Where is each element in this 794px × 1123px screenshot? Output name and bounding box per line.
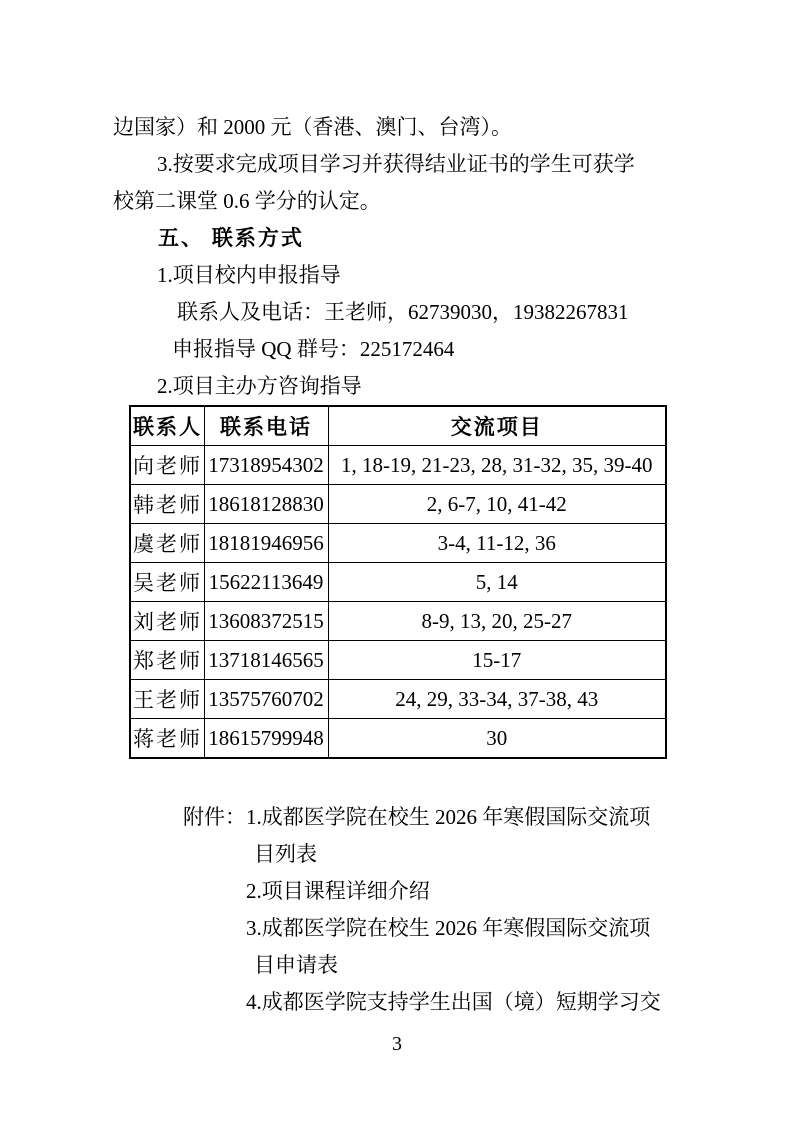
cell-phone: 18181946956 (204, 524, 328, 563)
cell-contact-name: 韩老师 (130, 485, 204, 524)
cell-phone: 13718146565 (204, 641, 328, 680)
attachments-label: 附件： (183, 799, 246, 1021)
column-header-contact-person: 联系人 (130, 406, 204, 446)
cell-programs: 5, 14 (328, 563, 666, 602)
cell-programs: 15-17 (328, 641, 666, 680)
item-campus-application-guidance: 1.项目校内申报指导 (113, 257, 683, 294)
table-row: 吴老师 15622113649 5, 14 (130, 563, 666, 602)
cell-contact-name: 王老师 (130, 680, 204, 719)
cell-phone: 15622113649 (204, 563, 328, 602)
document-page: 边国家）和 2000 元（香港、澳门、台湾）。 3.按要求完成项目学习并获得结业… (0, 0, 794, 1123)
cell-programs: 30 (328, 719, 666, 759)
attachment-line: 4.成都医学院支持学生出国（境）短期学习交 (246, 984, 661, 1021)
attachment-item: 2.项目课程详细介绍 (246, 873, 661, 910)
cell-phone: 18618128830 (204, 485, 328, 524)
cell-contact-name: 虞老师 (130, 524, 204, 563)
attachment-line-wrap: 目申请表 (254, 947, 661, 984)
cell-programs: 24, 29, 33-34, 37-38, 43 (328, 680, 666, 719)
paragraph-fee-continued: 边国家）和 2000 元（香港、澳门、台湾）。 (113, 109, 683, 146)
table-row: 韩老师 18618128830 2, 6-7, 10, 41-42 (130, 485, 666, 524)
cell-contact-name: 蒋老师 (130, 719, 204, 759)
qq-group-line: 申报指导 QQ 群号：225172464 (113, 331, 683, 368)
contact-person-phone-line: 联系人及电话：王老师，62739030，19382267831 (113, 294, 683, 331)
cell-contact-name: 吴老师 (130, 563, 204, 602)
cell-phone: 18615799948 (204, 719, 328, 759)
cell-programs: 8-9, 13, 20, 25-27 (328, 602, 666, 641)
cell-contact-name: 郑老师 (130, 641, 204, 680)
page-number: 3 (0, 1033, 794, 1056)
cell-programs: 1, 18-19, 21-23, 28, 31-32, 35, 39-40 (328, 446, 666, 485)
attachment-line: 3.成都医学院在校生 2026 年寒假国际交流项 (246, 910, 661, 947)
section-heading-contact: 五、 联系方式 (113, 220, 683, 257)
attachment-line: 1.成都医学院在校生 2026 年寒假国际交流项 (246, 799, 661, 836)
table-row: 虞老师 18181946956 3-4, 11-12, 36 (130, 524, 666, 563)
paragraph-credit-line2: 校第二课堂 0.6 学分的认定。 (113, 183, 683, 220)
contact-table: 联系人 联系电话 交流项目 向老师 17318954302 1, 18-19, … (129, 405, 667, 759)
cell-programs: 2, 6-7, 10, 41-42 (328, 485, 666, 524)
table-row: 王老师 13575760702 24, 29, 33-34, 37-38, 43 (130, 680, 666, 719)
cell-contact-name: 向老师 (130, 446, 204, 485)
attachment-item: 1.成都医学院在校生 2026 年寒假国际交流项 目列表 (246, 799, 661, 873)
paragraph-credit-line1: 3.按要求完成项目学习并获得结业证书的学生可获学 (113, 146, 683, 183)
attachments-section: 附件： 1.成都医学院在校生 2026 年寒假国际交流项 目列表 2.项目课程详… (183, 799, 683, 1021)
table-row: 向老师 17318954302 1, 18-19, 21-23, 28, 31-… (130, 446, 666, 485)
table-row: 刘老师 13608372515 8-9, 13, 20, 25-27 (130, 602, 666, 641)
attachment-line-wrap: 目列表 (254, 836, 661, 873)
page-content: 边国家）和 2000 元（香港、澳门、台湾）。 3.按要求完成项目学习并获得结业… (113, 109, 683, 1021)
table-header-row: 联系人 联系电话 交流项目 (130, 406, 666, 446)
attachments-list: 1.成都医学院在校生 2026 年寒假国际交流项 目列表 2.项目课程详细介绍 … (246, 799, 661, 1021)
attachment-item: 3.成都医学院在校生 2026 年寒假国际交流项 目申请表 (246, 910, 661, 984)
cell-phone: 17318954302 (204, 446, 328, 485)
table-row: 郑老师 13718146565 15-17 (130, 641, 666, 680)
cell-phone: 13575760702 (204, 680, 328, 719)
cell-programs: 3-4, 11-12, 36 (328, 524, 666, 563)
column-header-programs: 交流项目 (328, 406, 666, 446)
table-row: 蒋老师 18615799948 30 (130, 719, 666, 759)
cell-phone: 13608372515 (204, 602, 328, 641)
attachment-line: 2.项目课程详细介绍 (246, 873, 661, 910)
column-header-phone: 联系电话 (204, 406, 328, 446)
cell-contact-name: 刘老师 (130, 602, 204, 641)
attachment-item: 4.成都医学院支持学生出国（境）短期学习交 (246, 984, 661, 1021)
item-organizer-consult-guidance: 2.项目主办方咨询指导 (113, 368, 683, 405)
